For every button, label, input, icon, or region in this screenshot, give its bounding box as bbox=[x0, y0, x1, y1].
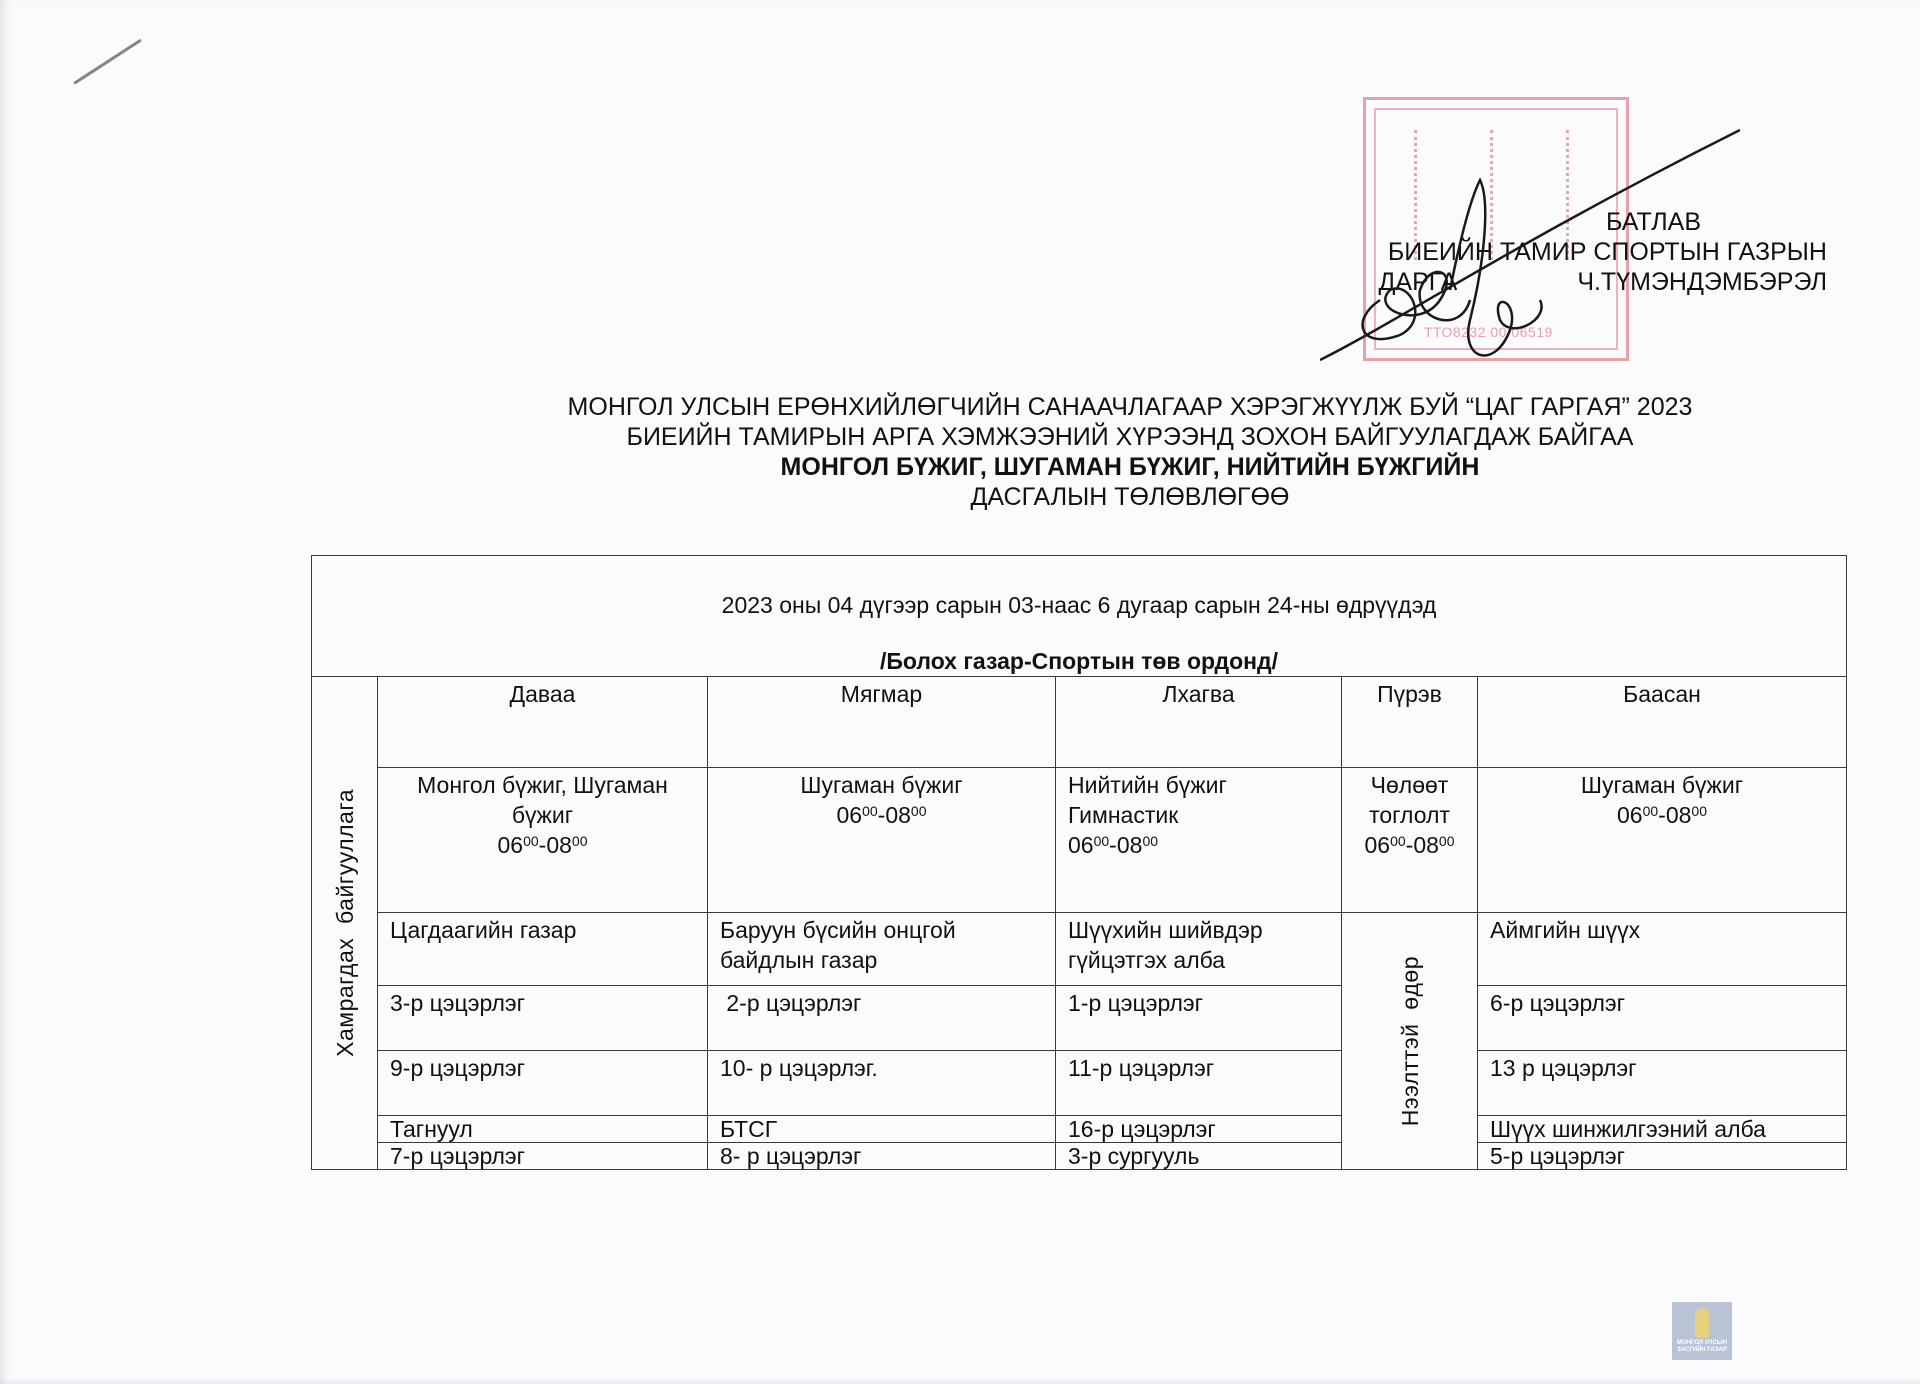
day-header: Баасан bbox=[1478, 677, 1847, 768]
activity-thursday: Чөлөөт тоглолт 0600-0800 bbox=[1342, 768, 1478, 913]
approval-name: Ч.ТҮМЭНДЭМБЭРЭЛ bbox=[1577, 267, 1827, 297]
document-heading: МОНГОЛ УЛСЫН ЕРӨНХИЙЛӨГЧИЙН САНААЧЛАГААР… bbox=[480, 392, 1780, 512]
activity-monday: Монгол бүжиг, Шугаман бүжиг 0600-0800 bbox=[378, 768, 708, 913]
activity-name: Нийтийн бүжиг bbox=[1068, 770, 1329, 800]
day-header: Мягмар bbox=[708, 677, 1056, 768]
org-cell: 3-р цэцэрлэг bbox=[378, 986, 708, 1051]
thursday-note: Нээлттэй өдөр bbox=[1395, 956, 1425, 1126]
heading-line-4: ДАСГАЛЫН ТӨЛӨВЛӨГӨӨ bbox=[480, 482, 1780, 512]
activity-time: 0600-0800 bbox=[1354, 830, 1465, 860]
org-cell: Шүүх шинжилгээний алба bbox=[1478, 1116, 1847, 1143]
table-caption: 2023 оны 04 дүгээр сарын 03-наас 6 дугаа… bbox=[312, 556, 1847, 677]
soyombo-emblem-icon bbox=[1695, 1308, 1709, 1338]
activity-name: Шугаман бүжиг bbox=[1490, 770, 1834, 800]
activity-name: Шугаман бүжиг bbox=[720, 770, 1043, 800]
schedule-period: 2023 оны 04 дүгээр сарын 03-наас 6 дугаа… bbox=[312, 590, 1846, 620]
activity-name: Чөлөөт тоглолт bbox=[1354, 770, 1465, 830]
org-cell: 16-р цэцэрлэг bbox=[1056, 1116, 1342, 1143]
activity-time: 0600-0800 bbox=[720, 800, 1043, 830]
org-cell: 3-р сургууль bbox=[1056, 1143, 1342, 1170]
logo-line-2: ЗАСГИЙН ГАЗАР bbox=[1672, 1347, 1732, 1354]
activity-time: 0600-0800 bbox=[1068, 830, 1329, 860]
government-logo: МОНГОЛ УЛСЫН ЗАСГИЙН ГАЗАР bbox=[1672, 1302, 1732, 1360]
approval-org: БИЕИЙН ТАМИР СПОРТЫН ГАЗРЫН bbox=[1379, 237, 1828, 267]
org-cell: 6-р цэцэрлэг bbox=[1478, 986, 1847, 1051]
org-cell: Аймгийн шүүх bbox=[1478, 913, 1847, 986]
activity-time: 0600-0800 bbox=[1490, 800, 1834, 830]
activity-friday: Шугаман бүжиг 0600-0800 bbox=[1478, 768, 1847, 913]
approval-label: БАТЛАВ bbox=[1379, 207, 1828, 237]
schedule-table: 2023 оны 04 дүгээр сарын 03-наас 6 дугаа… bbox=[311, 555, 1846, 1170]
org-cell: Баруун бүсийн онцгой байдлын газар bbox=[708, 913, 1056, 986]
day-header: Даваа bbox=[378, 677, 708, 768]
logo-line-1: МОНГОЛ УЛСЫН bbox=[1672, 1340, 1732, 1347]
org-cell: 2-р цэцэрлэг bbox=[708, 986, 1056, 1051]
activity-time: 0600-0800 bbox=[390, 830, 695, 860]
org-cell: 11-р цэцэрлэг bbox=[1056, 1051, 1342, 1116]
approval-signatory: ДАРГА Ч.ТҮМЭНДЭМБЭРЭЛ bbox=[1379, 267, 1828, 297]
thursday-note-cell: Нээлттэй өдөр bbox=[1342, 913, 1478, 1170]
heading-line-2: БИЕИЙН ТАМИРЫН АРГА ХЭМЖЭЭНИЙ ХҮРЭЭНД ЗО… bbox=[480, 422, 1780, 452]
org-cell: Цагдаагийн газар bbox=[378, 913, 708, 986]
logo-text: МОНГОЛ УЛСЫН ЗАСГИЙН ГАЗАР bbox=[1672, 1340, 1732, 1354]
day-header: Лхагва bbox=[1056, 677, 1342, 768]
org-cell: 1-р цэцэрлэг bbox=[1056, 986, 1342, 1051]
approval-block: БАТЛАВ БИЕИЙН ТАМИР СПОРТЫН ГАЗРЫН ДАРГА… bbox=[1379, 207, 1828, 297]
org-cell: 5-р цэцэрлэг bbox=[1478, 1143, 1847, 1170]
org-cell: 8- р цэцэрлэг bbox=[708, 1143, 1056, 1170]
org-cell: 7-р цэцэрлэг bbox=[378, 1143, 708, 1170]
approval-position: ДАРГА bbox=[1379, 267, 1458, 297]
side-label-cell: Хамрагдах байгууллага bbox=[312, 677, 378, 1170]
org-cell: 10- р цэцэрлэг. bbox=[708, 1051, 1056, 1116]
org-cell: Шүүхийн шийвдэр гүйцэтгэх алба bbox=[1056, 913, 1342, 986]
activity-name-2: Гимнастик bbox=[1068, 800, 1329, 830]
org-cell: БТСГ bbox=[708, 1116, 1056, 1143]
side-label: Хамрагдах байгууллага bbox=[330, 789, 360, 1057]
activity-tuesday: Шугаман бүжиг 0600-0800 bbox=[708, 768, 1056, 913]
heading-line-1: МОНГОЛ УЛСЫН ЕРӨНХИЙЛӨГЧИЙН САНААЧЛАГААР… bbox=[480, 392, 1780, 422]
org-cell: 9-р цэцэрлэг bbox=[378, 1051, 708, 1116]
day-header: Пүрэв bbox=[1342, 677, 1478, 768]
activity-wednesday: Нийтийн бүжиг Гимнастик 0600-0800 bbox=[1056, 768, 1342, 913]
org-cell: 13 р цэцэрлэг bbox=[1478, 1051, 1847, 1116]
pencil-mark bbox=[73, 39, 142, 85]
heading-line-3: МОНГОЛ БҮЖИГ, ШУГАМАН БҮЖИГ, НИЙТИЙН БҮЖ… bbox=[480, 452, 1780, 482]
activity-name: Монгол бүжиг, Шугаман бүжиг bbox=[390, 770, 695, 830]
schedule-venue: /Болох газар-Спортын төв ордонд/ bbox=[312, 646, 1846, 676]
org-cell: Тагнуул bbox=[378, 1116, 708, 1143]
stamp-number: ТТО8232 00 06519 bbox=[1424, 324, 1553, 340]
